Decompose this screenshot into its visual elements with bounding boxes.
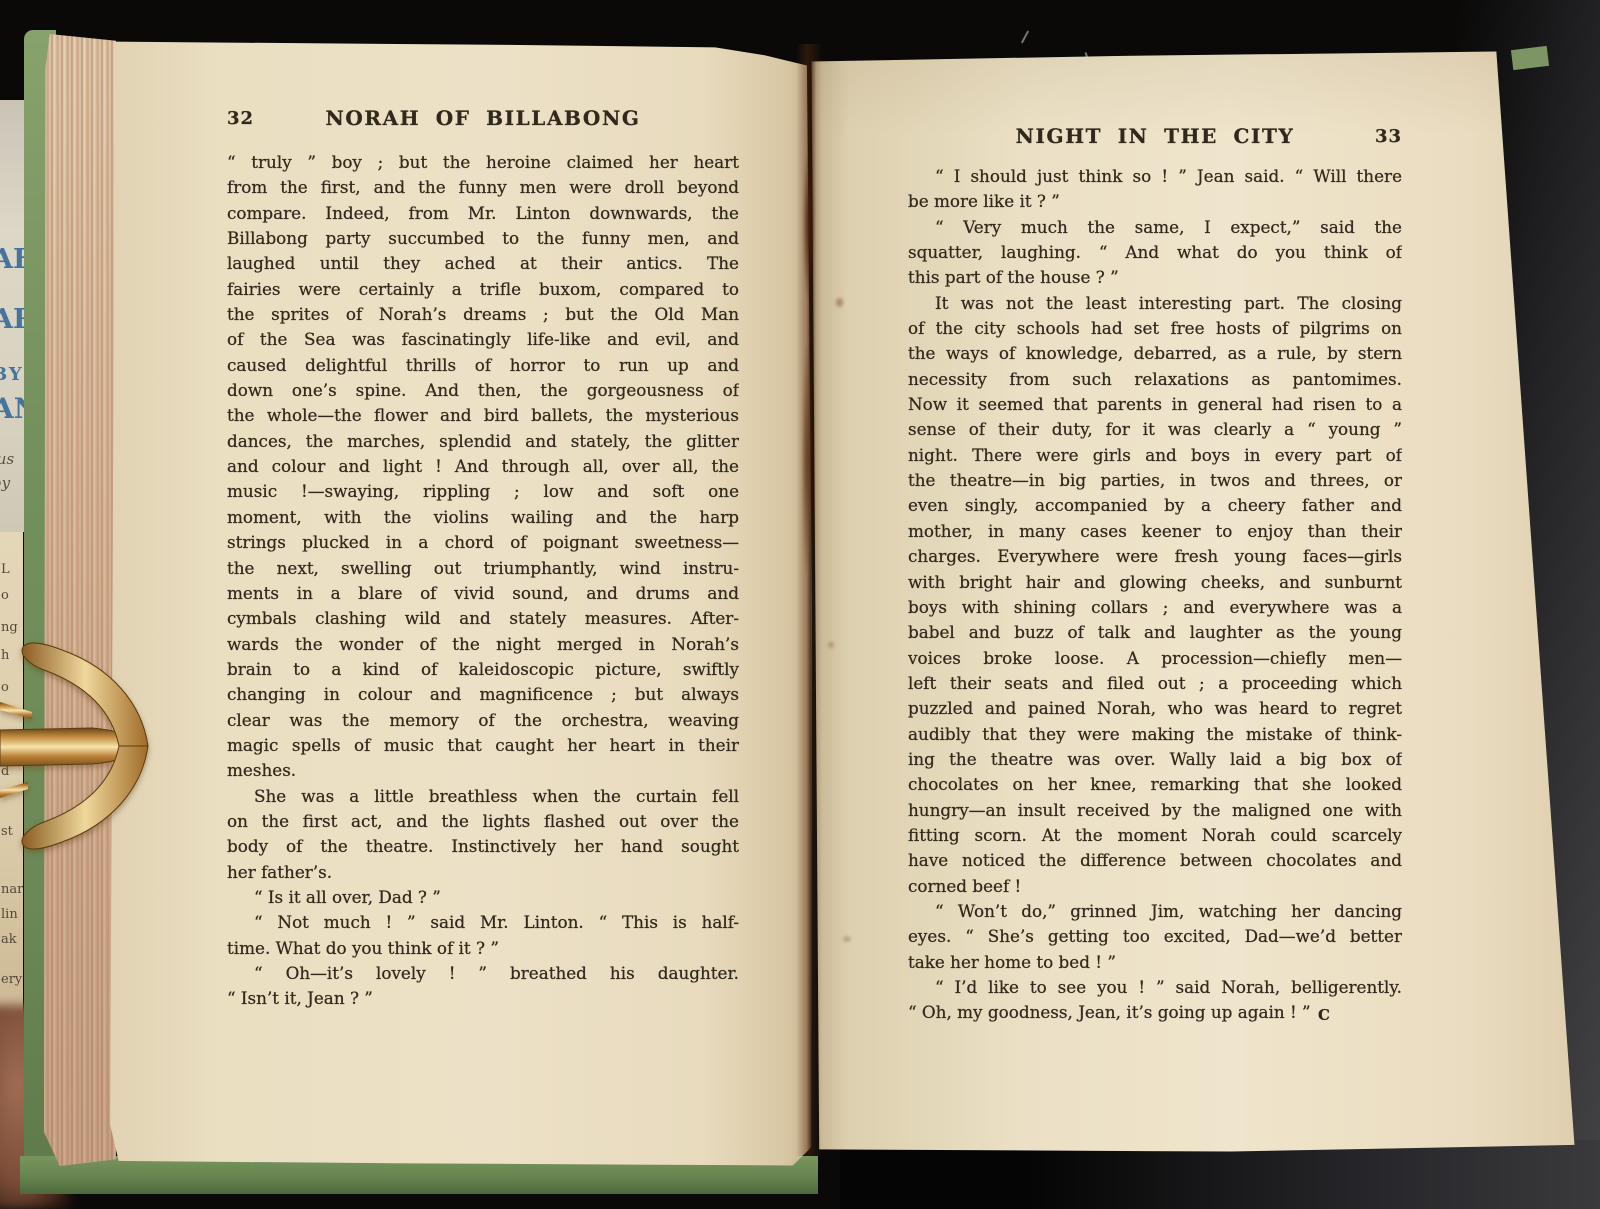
- text-line: from the first, and the funny men were d…: [227, 175, 739, 200]
- text-line: and colour and light ! And through all, …: [227, 454, 739, 479]
- text-line: “ Very much the same, I expect,” said th…: [908, 215, 1402, 240]
- page-fragment: lin: [1, 907, 18, 922]
- text-line: squatter, laughing. “ And what do you th…: [908, 240, 1402, 265]
- text-line: this part of the house ? ”: [908, 265, 1402, 290]
- text-line: take her home to bed ! ”: [908, 950, 1402, 975]
- text-line: left their seats and filed out ; a proce…: [908, 671, 1402, 696]
- right-running-header: NIGHT IN THE CITY 33: [908, 124, 1402, 154]
- left-page-text: “ truly ” boy ; but the heroine claimed …: [227, 150, 739, 1012]
- text-line: corned beef !: [908, 874, 1402, 899]
- text-line: ments in a blare of vivid sound, and dru…: [227, 581, 739, 606]
- text-line: of the Sea was fascinatingly life-like a…: [227, 327, 739, 352]
- text-line: It was not the least interesting part. T…: [908, 291, 1402, 316]
- text-line: fitting scorn. At the moment Norah could…: [908, 823, 1402, 848]
- text-line: She was a little breathless when the cur…: [227, 784, 739, 809]
- foxing-spot: [836, 298, 843, 307]
- text-line: magic spells of music that caught her he…: [227, 733, 739, 758]
- book-photo-scene: AHARBYAN lusby Longhodstnarlinakery 32 N…: [0, 0, 1600, 1209]
- text-line: clear was the memory of the orchestra, w…: [227, 708, 739, 733]
- right-page-text: “ I should just think so ! ” Jean said. …: [908, 164, 1402, 1026]
- printer-signature-mark: C: [1318, 1006, 1330, 1024]
- left-running-header: 32 NORAH OF BILLABONG: [227, 106, 739, 136]
- text-line: dances, the marches, splendid and statel…: [227, 429, 739, 454]
- text-line: “ I should just think so ! ” Jean said. …: [908, 164, 1402, 189]
- dust-jacket-spine-small-letters: lusby: [0, 100, 27, 532]
- text-line: audibly that they were making the mistak…: [908, 722, 1402, 747]
- clasp-wire-upper: [0, 702, 32, 719]
- text-line: down one’s spine. And then, the gorgeous…: [227, 378, 739, 403]
- text-line: the next, swelling out triumphantly, win…: [227, 556, 739, 581]
- page-fragment: ery: [1, 972, 22, 987]
- right-page-number: 33: [1375, 126, 1402, 147]
- left-page-number: 32: [227, 108, 254, 129]
- text-line: her father’s.: [227, 860, 739, 885]
- text-line: be more like it ? ”: [908, 189, 1402, 214]
- text-line: “ Isn’t it, Jean ? ”: [227, 986, 739, 1011]
- foxing-spot: [843, 936, 851, 942]
- text-line: babel and buzz of talk and laughter as t…: [908, 620, 1402, 645]
- text-line: “ I’d like to see you ! ” said Norah, be…: [908, 975, 1402, 1000]
- text-line: brain to a kind of kaleidoscopic picture…: [227, 657, 739, 682]
- text-line: music !—swaying, rippling ; low and soft…: [227, 479, 739, 504]
- foxing-spot: [828, 642, 834, 648]
- brass-clasp: [0, 622, 160, 868]
- text-line: necessity from such relaxations as panto…: [908, 367, 1402, 392]
- text-line: puzzled and pained Norah, who was heard …: [908, 696, 1402, 721]
- jacket-letter: lus: [0, 450, 14, 468]
- text-line: caused delightful thrills of horror to r…: [227, 353, 739, 378]
- page-fragment: o: [1, 588, 9, 603]
- text-line: with bright hair and glowing cheeks, and…: [908, 570, 1402, 595]
- text-line: “ truly ” boy ; but the heroine claimed …: [227, 150, 739, 175]
- text-line: fairies were certainly a trifle buxom, c…: [227, 277, 739, 302]
- text-line: time. What do you think of it ? ”: [227, 936, 739, 961]
- text-line: moment, with the violins wailing and the…: [227, 505, 739, 530]
- text-line: have noticed the difference between choc…: [908, 848, 1402, 873]
- text-line: the sprites of Norah’s dreams ; but the …: [227, 302, 739, 327]
- text-line: night. There were girls and boys in ever…: [908, 443, 1402, 468]
- text-line: ing the theatre was over. Wally laid a b…: [908, 747, 1402, 772]
- text-line: hungry—an insult received by the maligne…: [908, 798, 1402, 823]
- text-line: cymbals clashing wild and stately measur…: [227, 606, 739, 631]
- text-line: “ Not much ! ” said Mr. Linton. “ This i…: [227, 910, 739, 935]
- text-line: changing in colour and magnificence ; bu…: [227, 682, 739, 707]
- text-line: the theatre—in big parties, in twos and …: [908, 468, 1402, 493]
- text-line: chocolates on her knee, remarking that s…: [908, 772, 1402, 797]
- text-line: “ Is it all over, Dad ? ”: [227, 885, 739, 910]
- left-running-title: NORAH OF BILLABONG: [227, 106, 739, 130]
- page-fragment: L: [1, 562, 10, 577]
- page-fragment: nar: [1, 882, 23, 897]
- text-line: charges. Everywhere were fresh young fac…: [908, 544, 1402, 569]
- text-line: on the first act, and the lights flashed…: [227, 809, 739, 834]
- text-line: strings plucked in a chord of poignant s…: [227, 530, 739, 555]
- text-line: the whole—the flower and bird ballets, t…: [227, 403, 739, 428]
- dust-speck: [1021, 30, 1029, 43]
- text-line: sense of their duty, for it was clearly …: [908, 417, 1402, 442]
- text-line: body of the theatre. Instinctively her h…: [227, 834, 739, 859]
- text-line: Billabong party succumbed to the funny m…: [227, 226, 739, 251]
- text-line: of the city schools had set free hosts o…: [908, 316, 1402, 341]
- text-line: meshes.: [227, 758, 739, 783]
- page-fore-edge-stack: [44, 34, 116, 1166]
- text-line: compare. Indeed, from Mr. Linton downwar…: [227, 201, 739, 226]
- text-line: voices broke loose. A procession—chiefly…: [908, 646, 1402, 671]
- text-line: “ Oh—it’s lovely ! ” breathed his daught…: [227, 961, 739, 986]
- text-line: laughed until they ached at their antics…: [227, 251, 739, 276]
- right-running-title: NIGHT IN THE CITY: [908, 124, 1402, 148]
- text-line: even singly, accompanied by a cheery fat…: [908, 493, 1402, 518]
- text-line: boys with shining collars ; and everywhe…: [908, 595, 1402, 620]
- text-line: wards the wonder of the night merged in …: [227, 632, 739, 657]
- text-line: the ways of knowledge, debarred, as a ru…: [908, 341, 1402, 366]
- page-fragment: ak: [1, 932, 17, 947]
- clasp-wire-lower: [0, 782, 28, 798]
- jacket-letter: by: [0, 474, 10, 492]
- text-line: eyes. “ She’s getting too excited, Dad—w…: [908, 924, 1402, 949]
- text-line: mother, in many cases keener to enjoy th…: [908, 519, 1402, 544]
- text-line: Now it seemed that parents in general ha…: [908, 392, 1402, 417]
- book-gutter: [796, 44, 822, 1156]
- text-line: “ Won’t do,” grinned Jim, watching her d…: [908, 899, 1402, 924]
